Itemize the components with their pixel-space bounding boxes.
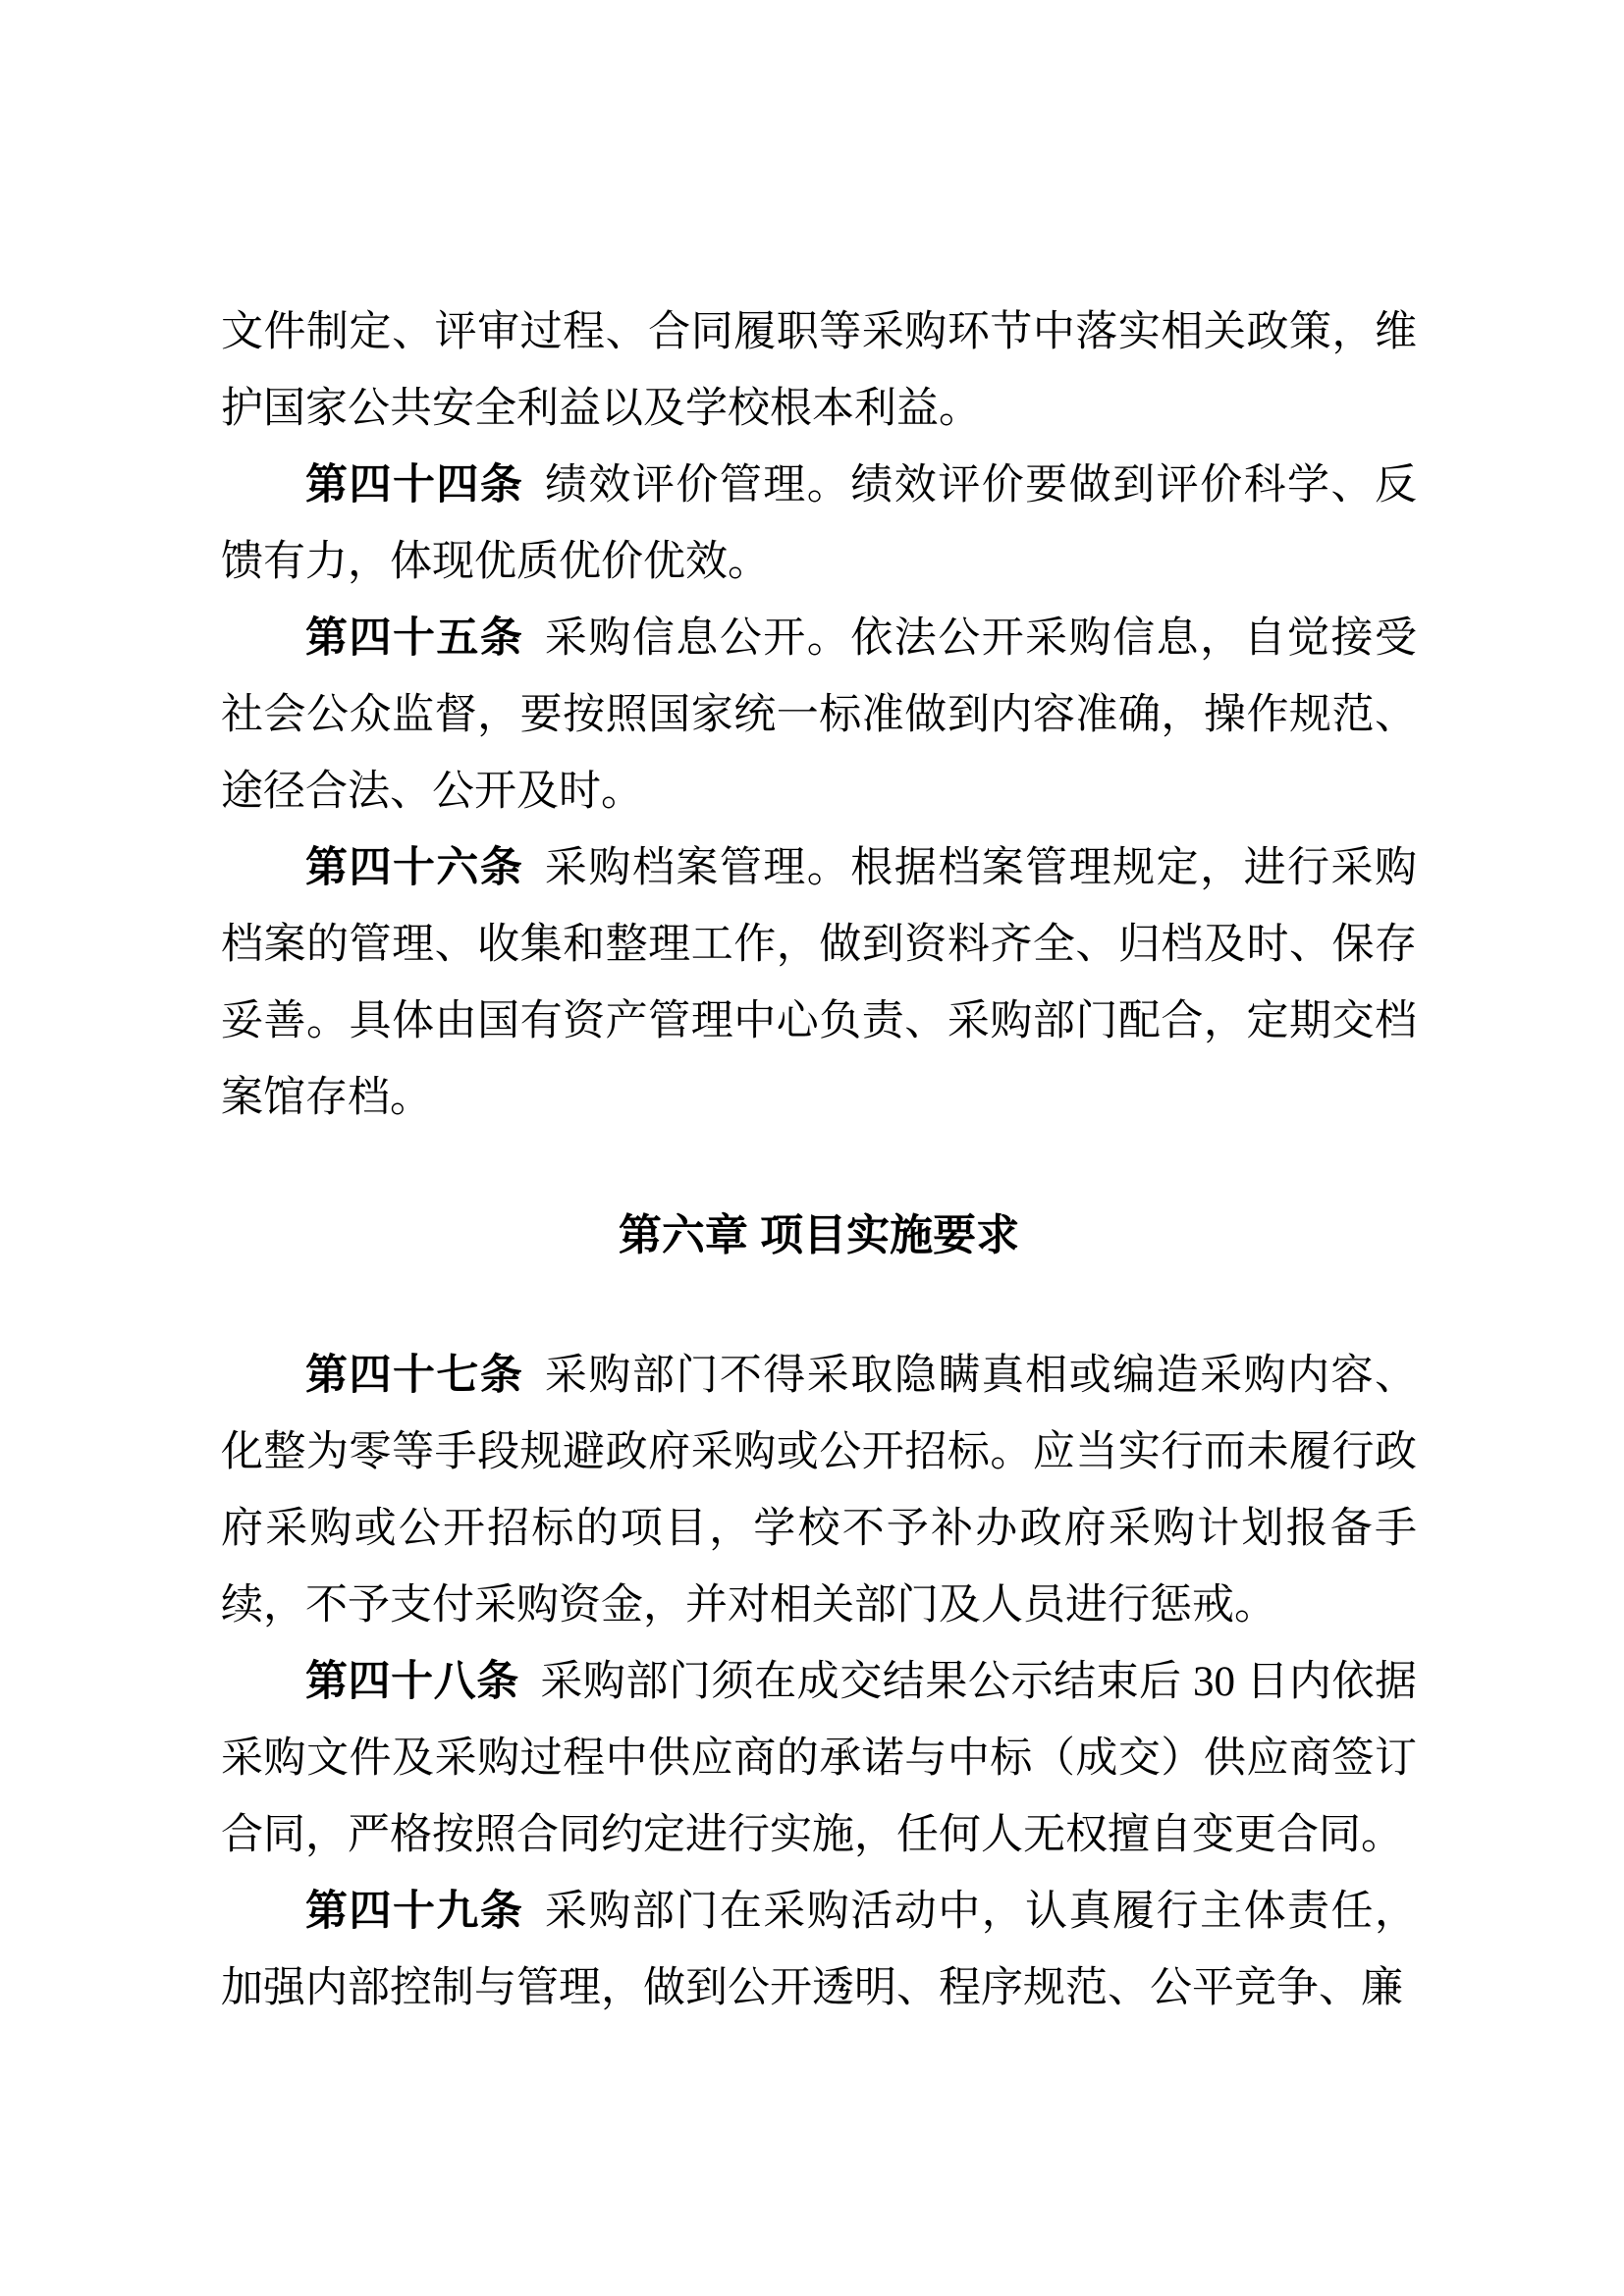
article-number: 第四十四条 (305, 462, 523, 508)
paragraph-article: 第四十八条采购部门须在成交结果公示结束后 30 日内依据采购文件及采购过程中供应… (221, 1644, 1417, 1874)
article-number: 第四十七条 (305, 1353, 523, 1399)
document-page: 文件制定、评审过程、合同履职等采购环节中落实相关政策，维护国家公共安全利益以及学… (0, 0, 1624, 2296)
paragraph-article: 第四十九条采购部门在采购活动中，认真履行主体责任，加强内部控制与管理，做到公开透… (221, 1874, 1417, 2027)
paragraph-article: 第四十七条采购部门不得采取隐瞒真相或编造采购内容、化整为零等手段规避政府采购或公… (221, 1338, 1417, 1644)
article-number: 第四十五条 (305, 615, 523, 662)
chapter-heading-text: 第六章 项目实施要求 (619, 1211, 1019, 1259)
paragraph-text: 文件制定、评审过程、合同履职等采购环节中落实相关政策，维护国家公共安全利益以及学… (221, 309, 1417, 432)
article-number: 第四十九条 (305, 1889, 523, 1935)
paragraph-article: 第四十四条绩效评价管理。绩效评价要做到评价科学、反馈有力，体现优质优价优效。 (221, 448, 1417, 601)
paragraph-article: 第四十五条采购信息公开。依法公开采购信息，自觉接受社会公众监督，要按照国家统一标… (221, 601, 1417, 830)
article-number: 第四十六条 (305, 845, 523, 891)
article-number: 第四十八条 (305, 1659, 519, 1705)
paragraph-article: 第四十六条采购档案管理。根据档案管理规定，进行采购档案的管理、收集和整理工作，做… (221, 830, 1417, 1137)
chapter-heading: 第六章 项目实施要求 (221, 1198, 1417, 1274)
paragraph-continuation: 文件制定、评审过程、合同履职等采购环节中落实相关政策，维护国家公共安全利益以及学… (221, 294, 1417, 448)
document-content: 文件制定、评审过程、合同履职等采购环节中落实相关政策，维护国家公共安全利益以及学… (221, 294, 1417, 2027)
